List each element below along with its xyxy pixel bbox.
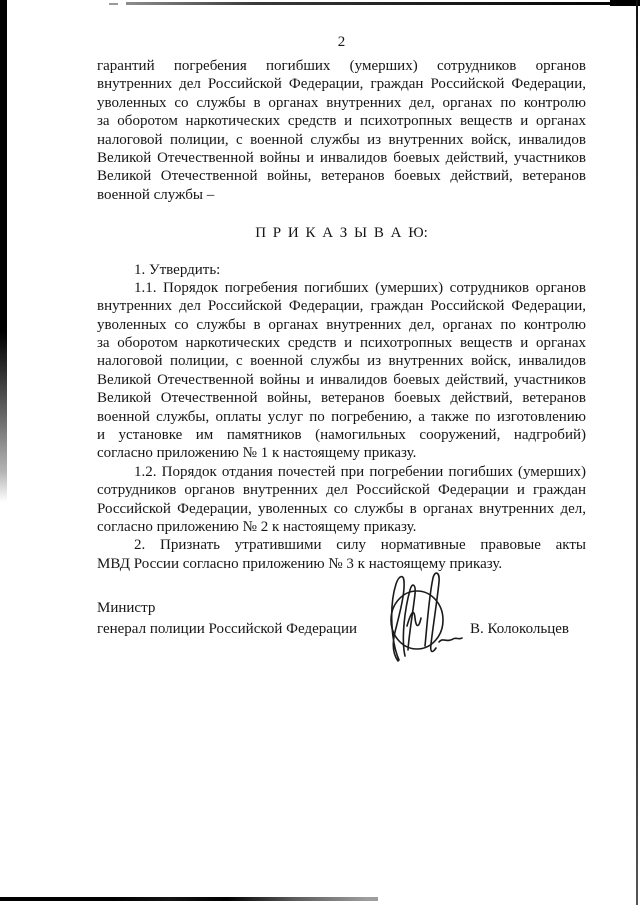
scan-edge-top-dash — [109, 3, 118, 5]
signature-image — [383, 568, 473, 668]
minister-post-line: Министр — [97, 598, 586, 619]
minister-name: В. Колокольцев — [470, 619, 569, 640]
text-line: налоговой полиции, с военной службы из в… — [97, 131, 586, 149]
text-line: сотрудников органов внутренних дел Росси… — [97, 481, 586, 499]
document-page: 2 гарантий погребения погибших (умерших)… — [0, 0, 640, 905]
scan-edge-bottom — [0, 897, 378, 901]
text-line: Великой Отечественной войны и инвалидов … — [97, 371, 586, 389]
text-line: военной службы – — [97, 186, 586, 204]
text-line: военной службы, оплаты услуг по погребен… — [97, 408, 586, 426]
text-line: уволенных со службы в органах внутренних… — [97, 94, 586, 112]
paragraph: 1.2. Порядок отдания почестей при погреб… — [97, 463, 586, 537]
text-line: 1. Утвердить: — [97, 261, 586, 279]
text-line: за оборотом наркотических средств и псих… — [97, 334, 586, 352]
scan-edge-left — [0, 0, 7, 502]
paragraph: 1. Утвердить: — [97, 261, 586, 279]
scan-edge-top — [126, 2, 640, 5]
paragraph: гарантий погребения погибших (умерших) с… — [97, 57, 586, 204]
text-line: согласно приложению № 1 к настоящему при… — [97, 444, 586, 462]
text-line: 1.1. Порядок погребения погибших (умерши… — [97, 279, 586, 297]
scan-edge-right — [636, 0, 638, 905]
text-line: 2. Признать утратившими силу нормативные… — [97, 536, 586, 554]
text-line: уволенных со службы в органах внутренних… — [97, 316, 586, 334]
text-line: за оборотом наркотических средств и псих… — [97, 112, 586, 130]
text-line: МВД России согласно приложению № 3 к нас… — [97, 555, 586, 573]
document-body: гарантий погребения погибших (умерших) с… — [97, 57, 586, 573]
prikaz-heading: П Р И К А З Ы В А Ю: — [97, 224, 586, 242]
text-line: налоговой полиции, с военной службы из в… — [97, 352, 586, 370]
text-line: Российской Федерации, уволенных со служб… — [97, 500, 586, 518]
text-line: согласно приложению № 2 к настоящему при… — [97, 518, 586, 536]
text-line: Великой Отечественной войны и инвалидов … — [97, 149, 586, 167]
text-line: 1.2. Порядок отдания почестей при погреб… — [97, 463, 586, 481]
text-line: внутренних дел Российской Федерации, гра… — [97, 75, 586, 93]
text-line: и установке им памятников (намогильных с… — [97, 426, 586, 444]
text-line: Великой Отечественной войны, ветеранов б… — [97, 389, 586, 407]
text-line: Великой Отечественной войны, ветеранов б… — [97, 167, 586, 185]
text-line: внутренних дел Российской Федерации, гра… — [97, 297, 586, 315]
paragraph: 1.1. Порядок погребения погибших (умерши… — [97, 279, 586, 463]
page-number: 2 — [97, 34, 586, 51]
signature-block: Министр генерал полиции Российской Федер… — [97, 598, 586, 640]
paragraph: 2. Признать утратившими силу нормативные… — [97, 536, 586, 573]
text-line: гарантий погребения погибших (умерших) с… — [97, 57, 586, 75]
